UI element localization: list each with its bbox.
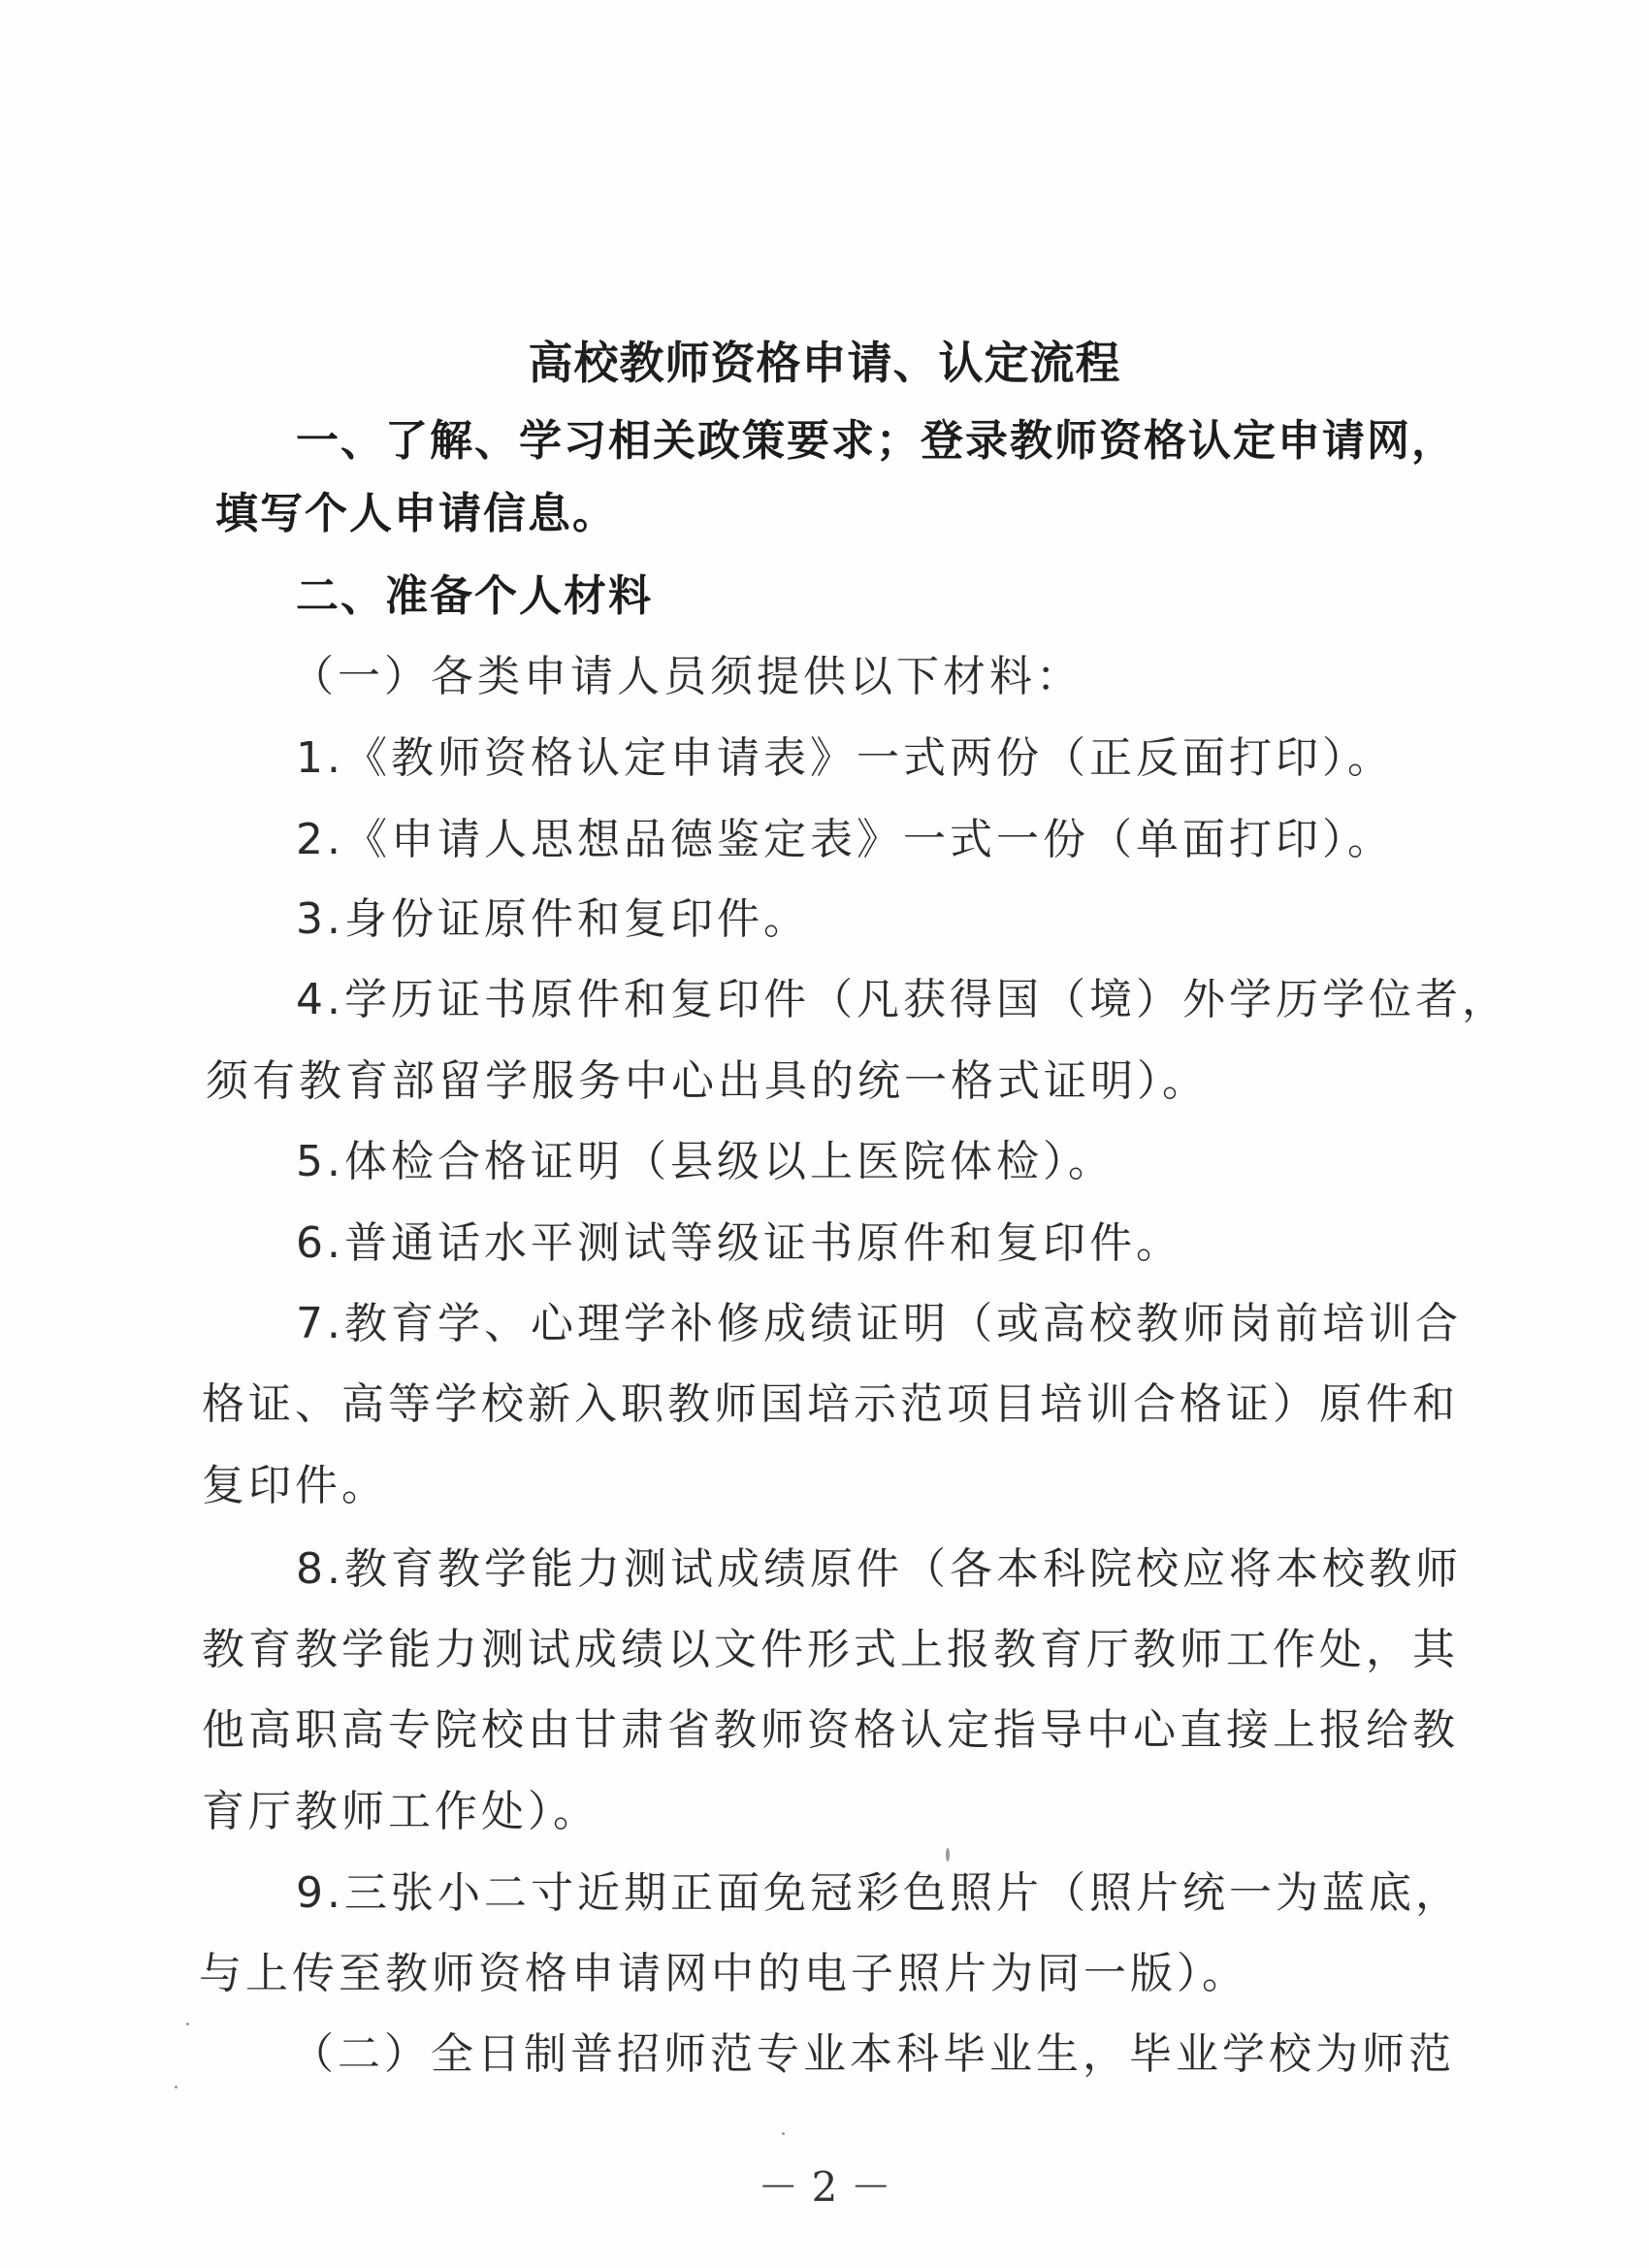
item-7-line2: 格证、高等学校新入职教师国培示范项目培训合格证）原件和 — [202, 1376, 1459, 1434]
item-1: 1.《教师资格认定申请表》一式两份（正反面打印）。 — [296, 729, 1394, 788]
item-4-line1: 4.学历证书原件和复印件（凡获得国（境）外学历学位者， — [296, 971, 1508, 1029]
item-8-line4: 育厅教师工作处）。 — [202, 1783, 599, 1841]
item-8-line3: 他高职高专院校由甘肃省教师资格认定指导中心直接上报给教 — [202, 1701, 1459, 1760]
sub1-heading: （一）各类申请人员须提供以下材料： — [291, 648, 1083, 706]
item-7-line1: 7.教育学、心理学补修成绩证明（或高校教师岗前培训合 — [296, 1295, 1462, 1353]
document-page: 高校教师资格申请、认定流程 一、了解、学习相关政策要求；登录教师资格认定申请网，… — [0, 0, 1649, 2268]
item-5: 5.体检合格证明（县级以上医院体检）。 — [296, 1133, 1115, 1191]
item-4-line2: 须有教育部留学服务中心出具的统一格式证明）。 — [206, 1053, 1209, 1111]
scan-speck — [186, 2023, 189, 2025]
sub2-heading: （二）全日制普招师范专业本科毕业生，毕业学校为师范 — [291, 2025, 1455, 2084]
item-8-line1: 8.教育教学能力测试成绩原件（各本科院校应将本校教师 — [296, 1540, 1462, 1599]
scan-speck — [175, 2086, 178, 2089]
item-9-line2: 与上传至教师资格申请网中的电子照片为同一版）。 — [199, 1945, 1248, 2003]
item-6: 6.普通话水平测试等级证书原件和复印件。 — [296, 1215, 1182, 1273]
section2-heading: 二、准备个人材料 — [296, 567, 653, 626]
section1-line1: 一、了解、学习相关政策要求；登录教师资格认定申请网， — [296, 412, 1456, 470]
section1-line2: 填写个人申请信息。 — [215, 485, 617, 543]
item-9-line1: 9.三张小二寸近期正面免冠彩色照片（照片统一为蓝底， — [296, 1864, 1462, 1923]
item-2: 2.《申请人思想品德鉴定表》一式一份（单面打印）。 — [296, 811, 1394, 869]
item-7-line3: 复印件。 — [202, 1457, 388, 1515]
scan-speck — [782, 2132, 785, 2135]
scan-speck — [946, 1848, 950, 1862]
item-3: 3.身份证原件和复印件。 — [296, 891, 810, 949]
document-title: 高校教师资格申请、认定流程 — [0, 328, 1649, 392]
item-8-line2: 教育教学能力测试成绩以文件形式上报教育厅教师工作处，其 — [202, 1621, 1459, 1679]
page-number: － 2 － — [0, 2155, 1649, 2214]
